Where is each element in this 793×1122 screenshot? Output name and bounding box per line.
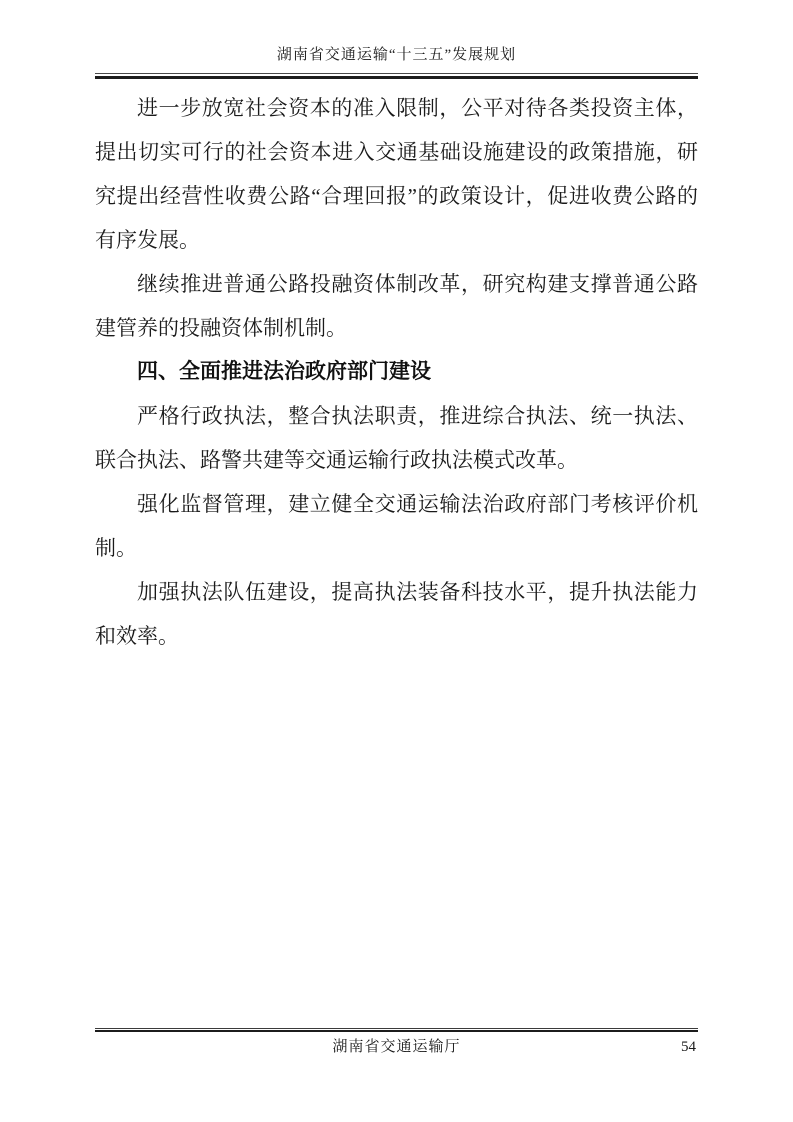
header-rule xyxy=(95,73,698,79)
paragraph-law-enforcement-reform: 严格行政执法，整合执法职责，推进综合执法、统一执法、联合执法、路警共建等交通运输… xyxy=(95,394,698,482)
header-title: 湖南省交通运输“十三五”发展规划 xyxy=(95,44,698,66)
page-header: 湖南省交通运输“十三五”发展规划 xyxy=(95,44,698,66)
footer-rule-thick-line xyxy=(95,1030,698,1032)
page-number: 54 xyxy=(681,1036,696,1058)
footer-department: 湖南省交通运输厅 xyxy=(95,1036,698,1058)
paragraph-supervision-management: 强化监督管理，建立健全交通运输法治政府部门考核评价机制。 xyxy=(95,482,698,570)
header-rule-thin-line xyxy=(95,73,698,74)
header-rule-thick-line xyxy=(95,76,698,79)
document-page: 湖南省交通运输“十三五”发展规划 进一步放宽社会资本的准入限制，公平对待各类投资… xyxy=(0,0,793,1122)
paragraph-social-capital: 进一步放宽社会资本的准入限制，公平对待各类投资主体，提出切实可行的社会资本进入交… xyxy=(95,86,698,262)
section-heading-rule-of-law-government: 四、全面推进法治政府部门建设 xyxy=(95,350,698,394)
paragraph-investment-reform: 继续推进普通公路投融资体制改革，研究构建支撑普通公路建管养的投融资体制机制。 xyxy=(95,262,698,350)
page-footer: 湖南省交通运输厅 54 xyxy=(95,1036,698,1058)
footer-rule-thin-line xyxy=(95,1028,698,1029)
paragraph-enforcement-team: 加强执法队伍建设，提高执法装备科技水平，提升执法能力和效率。 xyxy=(95,570,698,658)
document-body: 进一步放宽社会资本的准入限制，公平对待各类投资主体，提出切实可行的社会资本进入交… xyxy=(95,86,698,658)
footer-rule xyxy=(95,1028,698,1032)
